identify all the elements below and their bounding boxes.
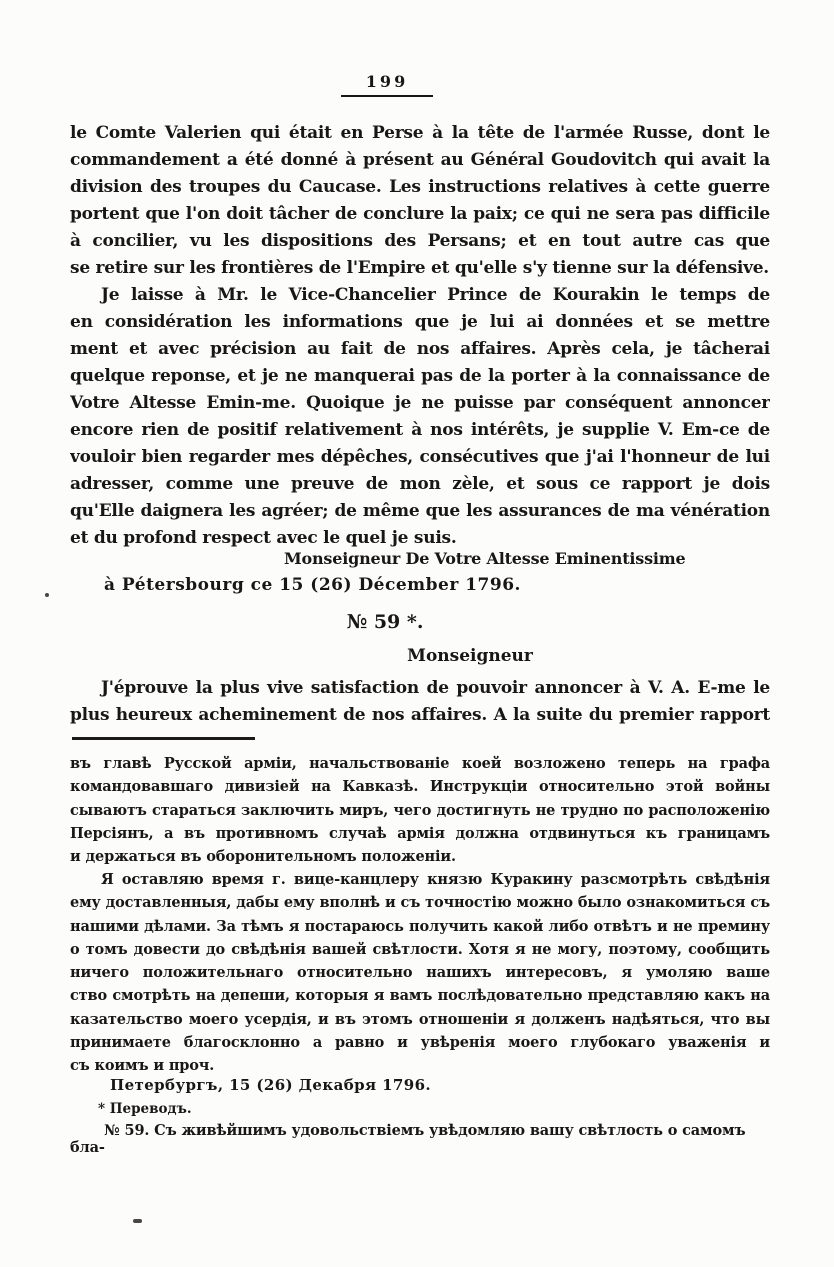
russian-footnote-paragraph-2: Я оставляю время г. вице-канцлеру князю … [70, 868, 770, 1078]
text-line: J'éprouve la plus vive satisfaction de p… [70, 675, 770, 702]
text-line: ему доставленныя, дабы ему вполнѣ и съ т… [70, 891, 770, 914]
text-line: portent que l'on doit tâcher de conclure… [70, 201, 770, 228]
document-number-heading: № 59 *. [35, 611, 735, 633]
text-line: vouloir bien regarder mes dépêches, cons… [70, 444, 770, 471]
text-line: division des troupes du Caucase. Les ins… [70, 174, 770, 201]
russian-footnote-paragraph-1: въ главѣ Русской арміи, начальствованіе … [70, 752, 770, 868]
valediction: Monseigneur De Votre Altesse Eminentissi… [284, 549, 685, 568]
text-line: et du profond respect avec le quel je su… [70, 525, 770, 552]
salutation: Monseigneur [120, 646, 820, 666]
scan-speck-dash [133, 1219, 142, 1223]
text-line: съ коимъ и проч. [70, 1054, 770, 1077]
page-number: 199 [341, 72, 433, 97]
text-line: сываютъ стараться заключить миръ, чего д… [70, 799, 770, 822]
text-line: Персіянъ, а въ противномъ случаѣ армія д… [70, 822, 770, 845]
text-line: ment et avec précision au fait de nos af… [70, 336, 770, 363]
text-line: se retire sur les frontières de l'Empire… [70, 255, 770, 282]
text-line: и держаться въ оборонительномъ положеніи… [70, 845, 770, 868]
text-line: Je laisse à Mr. le Vice-Chancelier Princ… [70, 282, 770, 309]
text-line: adresser, comme une preuve de mon zèle, … [70, 471, 770, 498]
text-line: въ главѣ Русской арміи, начальствованіе … [70, 752, 770, 775]
scan-speck-dot [45, 593, 49, 597]
text-line: ничего положительнаго относительно наших… [70, 961, 770, 984]
text-line: командовавшаго дивизіей на Кавказѣ. Инст… [70, 775, 770, 798]
french-paragraph-1: le Comte Valerien qui était en Perse à l… [70, 120, 770, 282]
russian-footnote-dateline: Петербургъ, 15 (26) Декабря 1796. [110, 1076, 431, 1094]
text-line: ство смотрѣть на депеши, которыя я вамъ … [70, 984, 770, 1007]
text-line: нашими дѣлами. За тѣмъ я постараюсь полу… [70, 915, 770, 938]
text-line: казательство моего усердія, и въ этомъ о… [70, 1008, 770, 1031]
text-line: Votre Altesse Emin-me. Quoique je ne pui… [70, 390, 770, 417]
translation-footnote-marker: * Переводъ. [98, 1101, 192, 1117]
french-dateline: à Pétersbourg ce 15 (26) Décember 1796. [104, 575, 521, 595]
text-line: plus heureux acheminement de nos affaire… [70, 702, 770, 729]
russian-footnote-continuation: № 59. Съ живѣйшимъ удовольствіемъ увѣдом… [70, 1122, 770, 1156]
text-line: le Comte Valerien qui était en Perse à l… [70, 120, 770, 147]
text-line: encore rien de positif relativement à no… [70, 417, 770, 444]
text-line: en considération les informations que je… [70, 309, 770, 336]
text-line: à concilier, vu les dispositions des Per… [70, 228, 770, 255]
scanned-page: 199 le Comte Valerien qui était en Perse… [0, 0, 834, 1267]
french-paragraph-2: Je laisse à Mr. le Vice-Chancelier Princ… [70, 282, 770, 552]
text-line: Я оставляю время г. вице-канцлеру князю … [70, 868, 770, 891]
text-line: commandement a été donné à présent au Gé… [70, 147, 770, 174]
text-line: qu'Elle daignera les agréer; de même que… [70, 498, 770, 525]
footnote-separator-rule [72, 737, 255, 740]
french-paragraph-3: J'éprouve la plus vive satisfaction de p… [70, 675, 770, 729]
text-line: принимаете благосклонно а равно и увѣрен… [70, 1031, 770, 1054]
text-line: о томъ довести до свѣдѣнія вашей свѣтлос… [70, 938, 770, 961]
text-line: quelque reponse, et je ne manquerai pas … [70, 363, 770, 390]
